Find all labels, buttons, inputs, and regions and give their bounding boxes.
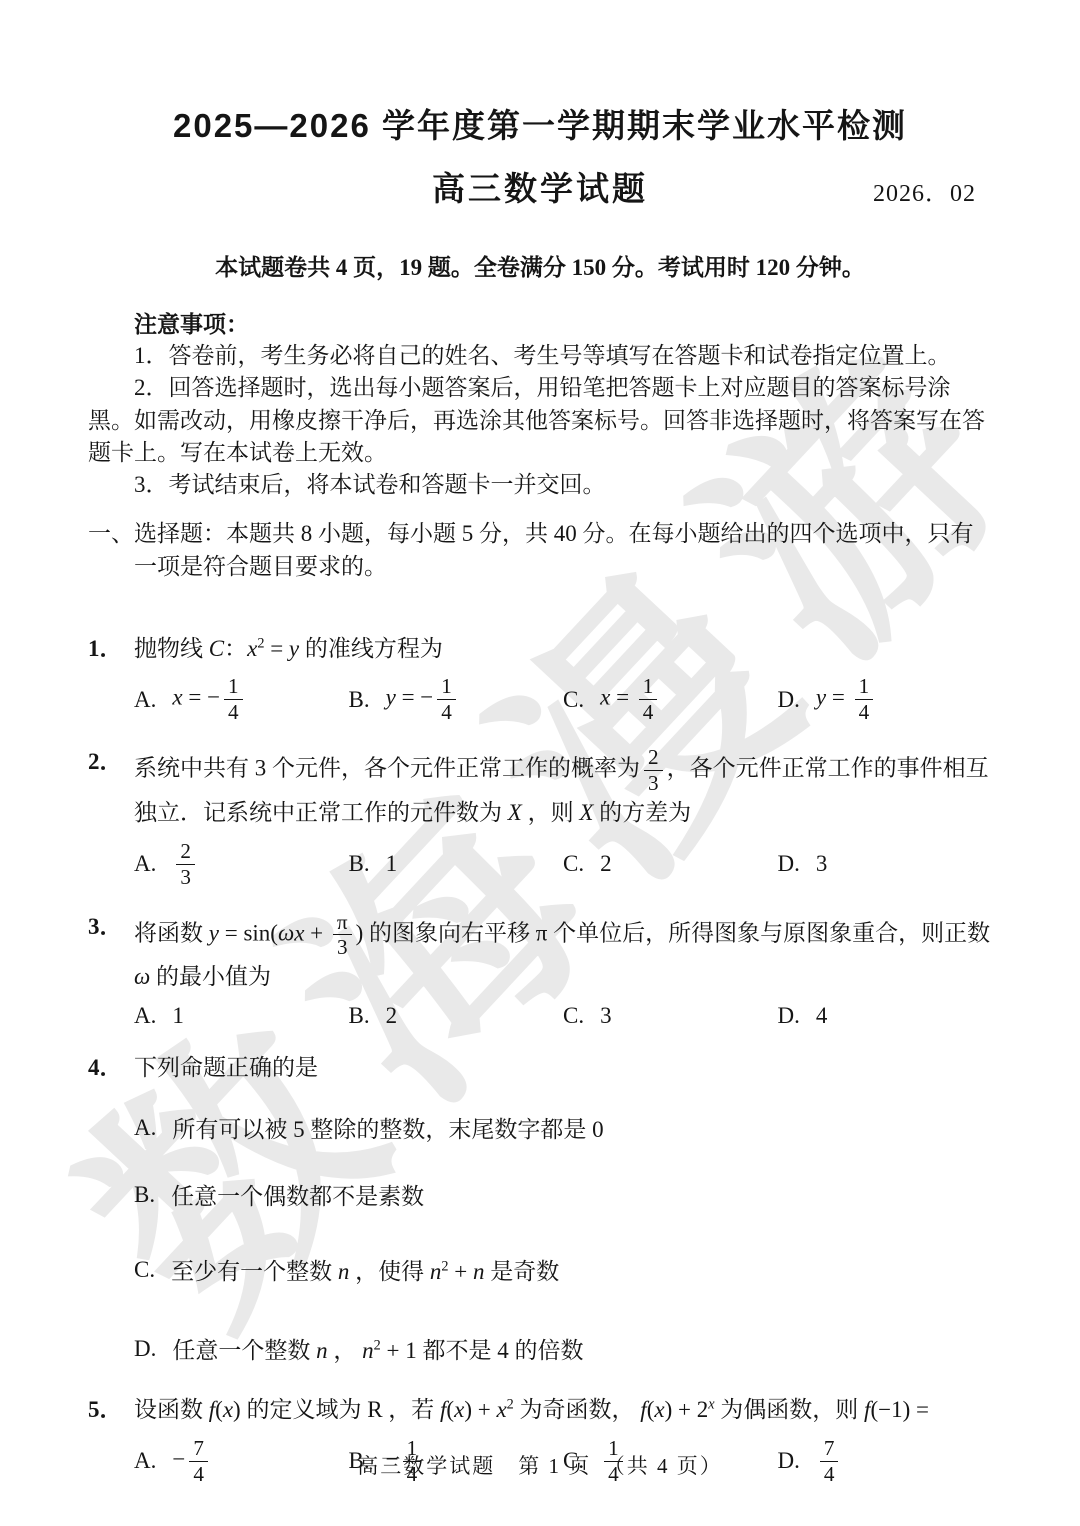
- option-value: 2: [600, 851, 612, 877]
- option-label: A.: [134, 1115, 156, 1141]
- option-label: B.: [349, 1003, 370, 1029]
- section-one-heading: 一、选择题：本题共 8 小题，每小题 5 分，共 40 分。在每小题给出的四个选…: [88, 517, 992, 584]
- page-content: 2025—2026 学年度第一学期期末学业水平检测 高三数学试题 2026．02…: [0, 100, 1080, 1487]
- question-3-option-b: B. 2: [349, 1003, 564, 1029]
- question-1-text: 抛物线 C：x2 = y 的准线方程为: [134, 632, 992, 667]
- question-3: 3． 将函数 y = sin(ωx + π3) 的图象向右平移 π 个单位后，所…: [88, 910, 992, 1029]
- option-label: D.: [134, 1336, 156, 1362]
- question-5-text: 设函数 f(x) 的定义域为 R ，若 f(x) + x2 为奇函数， f(x)…: [134, 1393, 992, 1428]
- option-label: B.: [349, 851, 370, 877]
- question-2: 2． 系统中共有 3 个元件，各个元件正常工作的概率为23，各个元件正常工作的事…: [88, 745, 992, 889]
- option-label: D.: [778, 851, 800, 877]
- question-2-option-b: B. 1: [349, 839, 564, 890]
- option-label: A.: [134, 1003, 156, 1029]
- question-1-option-c: C. x = 14: [563, 674, 778, 725]
- question-3-text: 将函数 y = sin(ωx + π3) 的图象向右平移 π 个单位后，所得图象…: [134, 910, 992, 995]
- question-1-number: 1．: [88, 632, 134, 667]
- option-value: y = −14: [386, 674, 460, 725]
- question-1-option-a: A. x = −14: [134, 674, 349, 725]
- question-3-option-d: D. 4: [778, 1003, 993, 1029]
- option-label: D.: [778, 687, 800, 713]
- question-3-option-a: A. 1: [134, 1003, 349, 1029]
- option-label: B.: [349, 687, 370, 713]
- exam-paper-page: 数海漫游 2025—2026 学年度第一学期期末学业水平检测 高三数学试题 20…: [0, 0, 1080, 1526]
- question-4-option-a: A. 所有可以被 5 整除的整数，末尾数字都是 0: [134, 1111, 992, 1144]
- notice-block: 注意事项： 1．答卷前，考生务必将自己的姓名、考生号等填写在答题卡和试卷指定位置…: [88, 308, 992, 501]
- option-label: B.: [134, 1182, 155, 1208]
- question-4-option-c: C. 至少有一个整数 n ，使得 n2 + n 是奇数: [134, 1253, 992, 1286]
- option-label: C.: [563, 851, 584, 877]
- subtitle-row: 高三数学试题 2026．02: [88, 163, 992, 211]
- question-4-stem: 4． 下列命题正确的是: [88, 1051, 992, 1086]
- question-3-options: A. 1 B. 2 C. 3 D. 4: [88, 1003, 992, 1029]
- question-3-stem: 3． 将函数 y = sin(ωx + π3) 的图象向右平移 π 个单位后，所…: [88, 910, 992, 995]
- option-value: 任意一个偶数都不是素数: [171, 1178, 424, 1211]
- notice-item-1: 1．答卷前，考生务必将自己的姓名、考生号等填写在答题卡和试卷指定位置上。: [88, 340, 992, 372]
- question-2-option-c: C. 2: [563, 839, 778, 890]
- question-2-stem: 2． 系统中共有 3 个元件，各个元件正常工作的概率为23，各个元件正常工作的事…: [88, 745, 992, 830]
- exam-subtitle: 高三数学试题: [88, 163, 992, 210]
- question-1-option-d: D. y = 14: [778, 674, 993, 725]
- option-value: y = 14: [816, 674, 877, 725]
- question-5-stem: 5． 设函数 f(x) 的定义域为 R ，若 f(x) + x2 为奇函数， f…: [88, 1393, 992, 1428]
- exam-date: 2026．02: [873, 173, 976, 208]
- question-4-options: A. 所有可以被 5 整除的整数，末尾数字都是 0 B. 任意一个偶数都不是素数…: [88, 1111, 992, 1365]
- exam-title: 2025—2026 学年度第一学期期末学业水平检测: [88, 100, 992, 147]
- option-label: D.: [778, 1003, 800, 1029]
- notice-item-2: 2．回答选择题时，选出每小题答案后，用铅笔把答题卡上对应题目的答案标号涂黑。如需…: [88, 372, 992, 469]
- option-label: C.: [563, 1003, 584, 1029]
- option-value: 3: [600, 1003, 612, 1029]
- question-2-text: 系统中共有 3 个元件，各个元件正常工作的概率为23，各个元件正常工作的事件相互…: [134, 745, 992, 830]
- option-label: C.: [563, 687, 584, 713]
- question-1: 1． 抛物线 C：x2 = y 的准线方程为 A. x = −14 B. y =…: [88, 632, 992, 725]
- question-3-number: 3．: [88, 910, 134, 995]
- option-label: A.: [134, 687, 156, 713]
- question-5-number: 5．: [88, 1393, 134, 1428]
- question-2-option-a: A. 23: [134, 839, 349, 890]
- notice-item-3: 3．考试结束后，将本试卷和答题卡一并交回。: [88, 469, 992, 501]
- question-1-stem: 1． 抛物线 C：x2 = y 的准线方程为: [88, 632, 992, 667]
- option-value: 1: [172, 1003, 184, 1029]
- exam-info-line: 本试题卷共 4 页，19 题。全卷满分 150 分。考试用时 120 分钟。: [88, 249, 992, 282]
- question-4-number: 4．: [88, 1051, 134, 1086]
- option-value: 任意一个整数 n ， n2 + 1 都不是 4 的倍数: [172, 1332, 583, 1365]
- question-1-option-b: B. y = −14: [349, 674, 564, 725]
- question-4: 4． 下列命题正确的是 A. 所有可以被 5 整除的整数，末尾数字都是 0 B.…: [88, 1051, 992, 1366]
- question-3-option-c: C. 3: [563, 1003, 778, 1029]
- option-value: 23: [172, 839, 199, 890]
- option-value: 3: [816, 851, 828, 877]
- question-2-number: 2．: [88, 745, 134, 830]
- question-4-text: 下列命题正确的是: [134, 1051, 992, 1086]
- option-label: C.: [134, 1257, 155, 1283]
- question-4-option-b: B. 任意一个偶数都不是素数: [134, 1178, 992, 1211]
- option-value: 4: [816, 1003, 828, 1029]
- question-2-option-d: D. 3: [778, 839, 993, 890]
- option-value: 2: [386, 1003, 398, 1029]
- option-value: x = −14: [172, 674, 246, 725]
- option-value: 所有可以被 5 整除的整数，末尾数字都是 0: [172, 1111, 603, 1144]
- question-2-options: A. 23 B. 1 C. 2 D. 3: [88, 839, 992, 890]
- option-value: 至少有一个整数 n ，使得 n2 + n 是奇数: [171, 1253, 559, 1286]
- option-value: x = 14: [600, 674, 661, 725]
- page-footer: 高三数学试题 第 1 页 （共 4 页）: [0, 1450, 1080, 1480]
- notice-heading: 注意事项：: [88, 308, 992, 340]
- question-1-options: A. x = −14 B. y = −14 C. x = 14 D. y = 1…: [88, 674, 992, 725]
- option-label: A.: [134, 851, 156, 877]
- question-4-option-d: D. 任意一个整数 n ， n2 + 1 都不是 4 的倍数: [134, 1332, 992, 1365]
- option-value: 1: [386, 851, 398, 877]
